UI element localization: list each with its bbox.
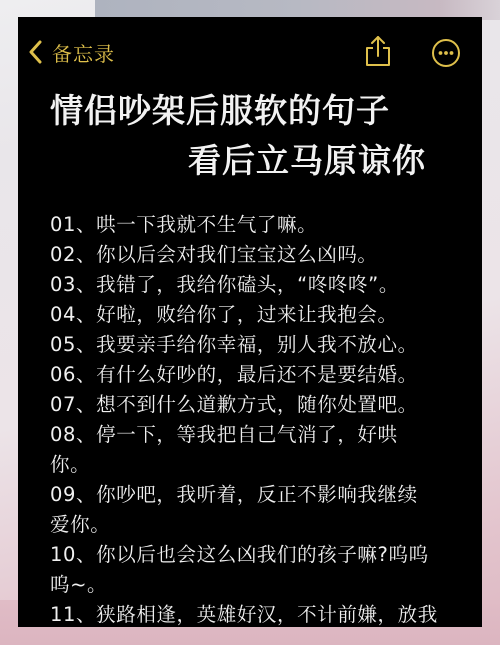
- note-line: 呜~。: [50, 570, 470, 600]
- navigation-bar: 备忘录: [18, 17, 482, 87]
- back-label: 备忘录: [52, 38, 115, 67]
- note-line: 05、我要亲手给你幸福，别人我不放心。: [50, 330, 470, 360]
- note-title-line-1: 情侣吵架后服软的句子: [50, 85, 390, 132]
- note-body[interactable]: 01、哄一下我就不生气了嘛。 02、你以后会对我们宝宝这么凶吗。 03、我错了，…: [50, 210, 470, 627]
- ellipsis-circle-icon: [431, 38, 461, 68]
- note-line: 11、狭路相逢，英雄好汉，不计前嫌，放我: [50, 600, 470, 627]
- note-line: 02、你以后会对我们宝宝这么凶吗。: [50, 240, 470, 270]
- note-title-line-2: 看后立马原谅你: [188, 135, 426, 182]
- note-line: 03、我错了，我给你磕头，“咚咚咚”。: [50, 270, 470, 300]
- more-options-button[interactable]: [431, 38, 461, 68]
- note-line: 06、有什么好吵的，最后还不是要结婚。: [50, 360, 470, 390]
- note-line: 04、好啦，败给你了，过来让我抱会。: [50, 300, 470, 330]
- note-line: 10、你以后也会这么凶我们的孩子嘛?呜呜: [50, 540, 470, 570]
- note-line: 爱你。: [50, 510, 470, 540]
- note-line: 07、想不到什么道歉方式，随你处置吧。: [50, 390, 470, 420]
- share-icon: [363, 35, 393, 67]
- note-line: 01、哄一下我就不生气了嘛。: [50, 210, 470, 240]
- note-line: 09、你吵吧，我听着，反正不影响我继续: [50, 480, 470, 510]
- back-button[interactable]: 备忘录: [28, 37, 115, 67]
- note-line: 08、停一下，等我把自己气消了，好哄: [50, 420, 470, 450]
- share-button[interactable]: [363, 35, 393, 67]
- note-line: 你。: [50, 450, 470, 480]
- chevron-left-icon: [28, 40, 42, 64]
- notes-screen: 备忘录 情侣吵架后服软的句子 看后立马原谅你 01、哄一下我就不生气了嘛。 02…: [18, 17, 482, 627]
